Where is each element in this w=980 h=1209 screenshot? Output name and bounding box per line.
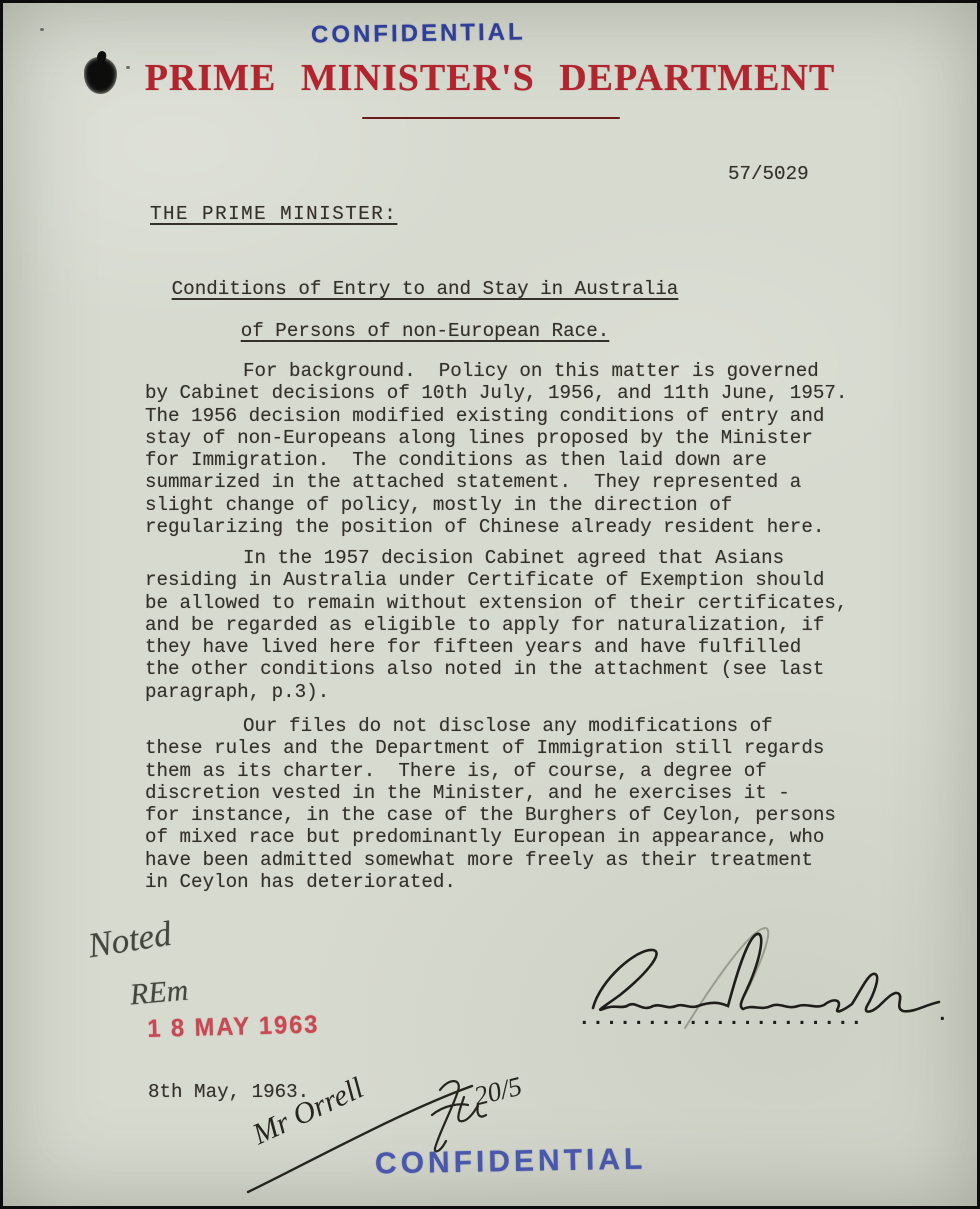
subject-block: Conditions of Entry to and Stay in Austr…	[105, 278, 745, 354]
body-paragraph-1: For background. Policy on this matter is…	[145, 360, 847, 538]
body-paragraph-2: In the 1957 decision Cabinet agreed that…	[145, 547, 847, 703]
handwritten-initials: REm	[129, 974, 190, 1013]
dust-speck	[40, 28, 44, 31]
letterhead-underline	[362, 117, 620, 119]
subject-line-2: of Persons of non-European Race.	[241, 320, 609, 342]
addressee-line: THE PRIME MINISTER:	[150, 203, 397, 225]
body-paragraph-3: Our files do not disclose any modificati…	[145, 715, 836, 893]
letterhead-title: PRIME MINISTER'S DEPARTMENT	[0, 56, 980, 100]
date-received-stamp: 1 8 MAY 1963	[147, 1010, 320, 1043]
handwritten-noted: Noted	[85, 914, 174, 967]
signature-end-period: .	[936, 1004, 950, 1027]
subject-line-1: Conditions of Entry to and Stay in Austr…	[172, 278, 679, 300]
signature-dotted-line: .....................	[578, 1008, 864, 1031]
document-page: CONFIDENTIAL PRIME MINISTER'S DEPARTMENT…	[0, 0, 980, 1209]
reference-number: 57/5029	[728, 163, 809, 185]
confidential-stamp-top: CONFIDENTIAL	[311, 19, 526, 50]
confidential-stamp-bottom: CONFIDENTIAL	[375, 1143, 647, 1182]
